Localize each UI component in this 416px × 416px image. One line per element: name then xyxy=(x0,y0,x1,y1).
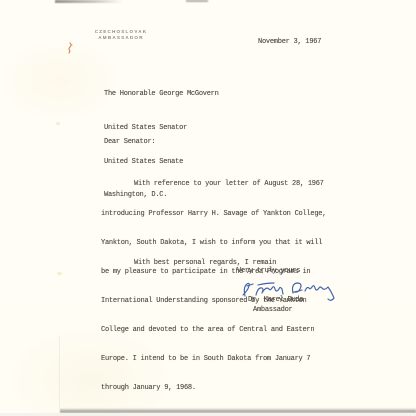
closing-phrase: Very truly yours xyxy=(237,267,300,277)
foxing-spot xyxy=(56,122,60,125)
letterhead: CZECHOSLOVAK AMBASSADOR xyxy=(74,29,168,40)
body-line: Europe. I intend to be in South Dakota f… xyxy=(101,355,326,365)
typed-signatory-name: Dr. Karel Duda xyxy=(248,296,303,306)
body-line: through January 9, 1968. xyxy=(101,384,326,394)
recipient-line: United States Senator xyxy=(104,123,219,134)
typed-signatory-title: Ambassador xyxy=(253,306,293,316)
scan-smudge-artifact xyxy=(55,0,123,3)
paper-corner-edge xyxy=(59,336,60,410)
scan-smudge-artifact xyxy=(186,0,208,2)
recipient-line: The Honorable George McGovern xyxy=(104,89,219,100)
body-line: With reference to your letter of August … xyxy=(101,180,326,190)
body-line: introducing Professor Harry H. Savage of… xyxy=(101,210,326,220)
salutation: Dear Senator: xyxy=(104,138,155,148)
foxing-spot xyxy=(57,272,62,275)
scanned-letter: CZECHOSLOVAK AMBASSADOR November 3, 1967… xyxy=(0,0,416,416)
letterhead-line2: AMBASSADOR xyxy=(74,35,168,41)
letter-date: November 3, 1967 xyxy=(258,38,321,48)
body-line: College and devoted to the area of Centr… xyxy=(101,326,326,336)
red-ink-emblem-icon xyxy=(66,42,76,54)
